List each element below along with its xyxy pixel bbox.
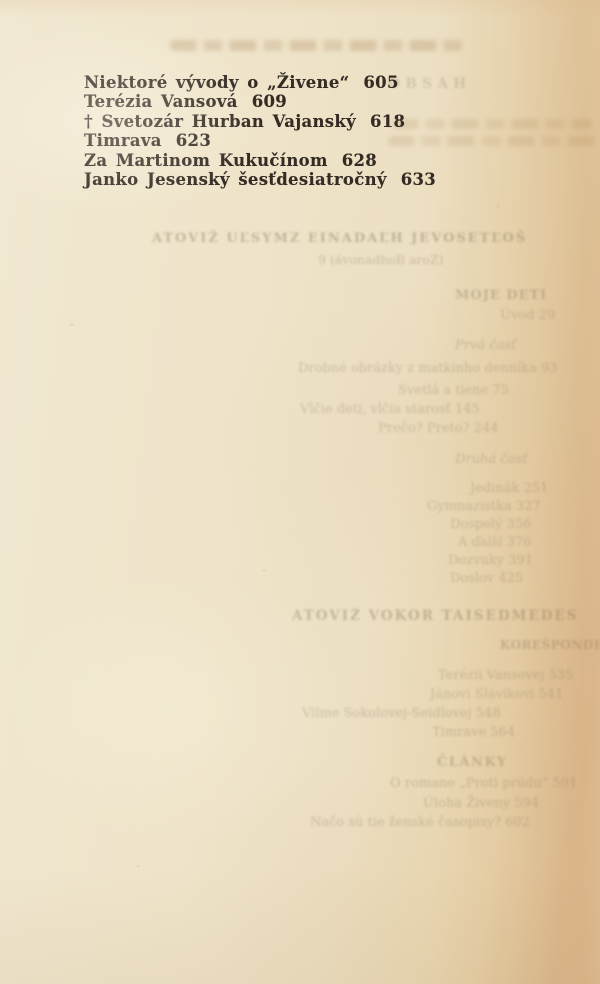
toc-entry-title: Timrava xyxy=(84,131,162,150)
showthrough-text-line: Úvod 29 xyxy=(500,308,555,323)
toc-entry-page-number: 628 xyxy=(342,151,377,170)
toc-entry-page-number: 618 xyxy=(370,112,405,131)
showthrough-ink-smudge xyxy=(170,40,462,51)
toc-entry-title: Niektoré vývody o „Živene“ xyxy=(84,73,349,92)
toc-entry: Janko Jesenský šesťdesiatročný633 xyxy=(84,170,436,189)
showthrough-text-line: KOREŠPONDENCIA xyxy=(500,638,600,652)
toc-entry-page-number: 609 xyxy=(252,92,287,111)
showthrough-text-line: Dospelý 356 xyxy=(450,517,531,532)
showthrough-text-line: Gymnazistka 327 xyxy=(427,499,541,514)
showthrough-text-line: Drobné obrázky z matkinho denníka 93 xyxy=(298,361,558,376)
toc-entry: Niektoré vývody o „Živene“605 xyxy=(84,73,436,92)
showthrough-text-line: O romane „Proti prúdu“ 591 xyxy=(390,776,577,791)
showthrough-text-line: Terézii Vansovej 535 xyxy=(438,668,573,683)
showthrough-text-line: Jánovi Slávikovi 541 xyxy=(430,687,563,702)
showthrough-text-line: Vĺčie deti, vĺčia starosť 145 xyxy=(300,402,480,417)
showthrough-text-line: Načo sú tie ženské časopisy? 602 xyxy=(310,815,530,830)
showthrough-text-line: Timrave 564 xyxy=(432,725,515,740)
showthrough-text-line: A ďalší 376 xyxy=(458,535,532,550)
showthrough-text-line: ATOVIŽ VOKOR TAISEDMEDES xyxy=(292,608,579,624)
scanned-book-page: OBSAHATOVIŽ UĽSYMZ EINADAĽH JEVOSETĽOŠ9 … xyxy=(0,0,600,984)
toc-entry-page-number: 605 xyxy=(363,73,398,92)
toc-list: Niektoré vývody o „Živene“605Terézia Van… xyxy=(84,73,436,189)
toc-entry: Terézia Vansová609 xyxy=(84,92,436,111)
showthrough-text-line: ATOVIŽ UĽSYMZ EINADAĽH JEVOSETĽOŠ xyxy=(152,231,527,246)
showthrough-text-line: Prvá časť xyxy=(455,338,516,353)
toc-entry-title: Terézia Vansová xyxy=(84,92,238,111)
showthrough-text-line: Jedinák 251 xyxy=(470,481,548,496)
toc-entry-title: † Svetozár Hurban Vajanský xyxy=(84,112,356,131)
toc-entry: † Svetozár Hurban Vajanský618 xyxy=(84,112,436,131)
showthrough-text-line: Dozvuky 391 xyxy=(448,553,533,568)
showthrough-text-line: Prečo? Preto? 244 xyxy=(378,421,499,436)
toc-entry-page-number: 633 xyxy=(401,170,436,189)
showthrough-text-line: ČLÁNKY xyxy=(437,755,508,770)
showthrough-text-line: Druhá časť xyxy=(455,452,527,467)
showthrough-text-line: MOJE DETI xyxy=(455,288,547,303)
showthrough-text-line: Vilme Sokolovej-Seidlovej 548 xyxy=(302,706,501,721)
toc-entry: Za Martinom Kukučínom628 xyxy=(84,151,436,170)
showthrough-text-line: 9 (ávonadhoB aroZ) xyxy=(318,252,444,267)
toc-entry: Timrava623 xyxy=(84,131,436,150)
showthrough-text-line: Doslov 425 xyxy=(450,571,523,586)
showthrough-text-line: Úloha Živeny 594 xyxy=(423,796,539,811)
showthrough-text-line: Svetlá a tiene 75 xyxy=(398,383,509,398)
toc-entry-title: Za Martinom Kukučínom xyxy=(84,151,328,170)
toc-entry-title: Janko Jesenský šesťdesiatročný xyxy=(84,170,387,189)
toc-entry-page-number: 623 xyxy=(176,131,211,150)
